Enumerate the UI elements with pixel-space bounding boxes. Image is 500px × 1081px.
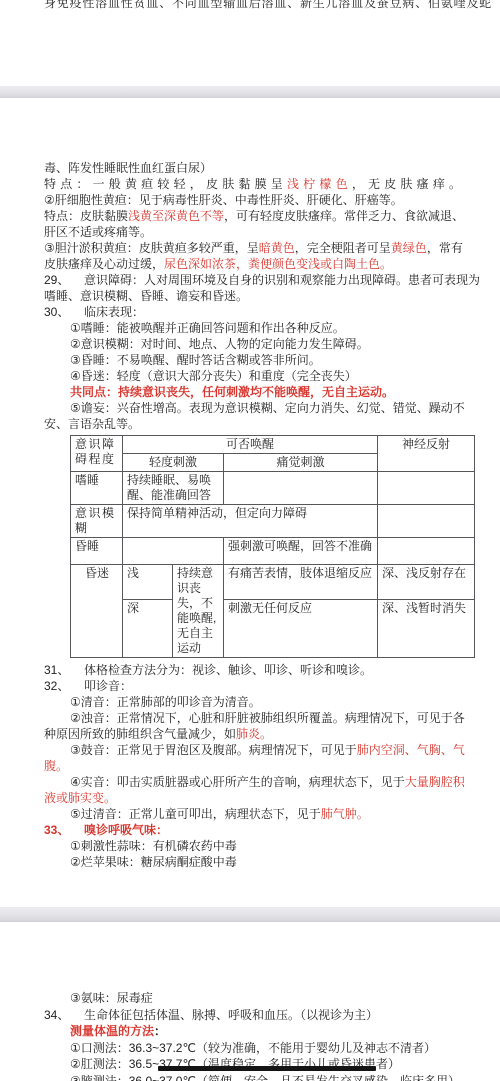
text-line: 种原因所致的肺组织含气量减少，如肺炎。	[44, 726, 490, 742]
text-segment: 意识障碍：人对周围环境及自身的识别和观察能力出现障碍。患者可表现为	[84, 273, 480, 287]
text-line: ④昏迷：轻度（意识大部分丧失）和重度（完全丧失）	[70, 368, 490, 384]
text-line: 腹。	[44, 758, 490, 774]
table-header-cell: 轻度刺激	[123, 454, 224, 472]
table-cell: 深	[123, 600, 173, 658]
text-line: 液或肺实变。	[44, 790, 490, 806]
text-segment: 叩诊音：	[84, 679, 132, 693]
text-line: ③腋测法：36.0~37.0℃（简便、安全，且不易发生交叉感染，临床多用）	[70, 1073, 490, 1081]
consciousness-table: 意识障碍程度 可否唤醒 神经反射 轻度刺激 痛觉刺激 嗜睡 持续睡眠、易唤醒、能…	[70, 435, 475, 658]
text-segment: ①清音：正常肺部的叩诊音为清音。	[70, 695, 261, 709]
text-segment: 嗜睡、意识模糊、昏睡、谵妄和昏迷。	[44, 289, 248, 303]
text-segment: ①口测法：36.3~37.2℃（较为准确，不能用于婴幼儿及神志不清者）	[70, 1041, 436, 1055]
text-segment: 肺气肿。	[321, 807, 369, 821]
text-segment: ③胆汁淤积黄疸：皮肤黄疸多较严重，呈	[44, 241, 259, 255]
text-segment: 浅黄至深黄色不等	[128, 209, 224, 223]
table-cell: 昏睡	[71, 538, 123, 565]
text-segment: ，完全梗阻者可呈	[295, 241, 391, 255]
page-2: 毒、阵发性睡眠性血红蛋白尿） 特点：一般黄疸较轻，皮肤黏膜呈浅柠檬色，无皮肤瘙痒…	[0, 98, 500, 907]
text-line: ②意识模糊：对时间、地点、人物的定向能力发生障碍。	[70, 336, 490, 352]
text-segment: ②意识模糊：对时间、地点、人物的定向能力发生障碍。	[70, 337, 369, 351]
text-line: ⑤谵妄：兴奋性增高。表现为意识模糊、定向力消失、幻觉、错觉、躁动不	[70, 400, 490, 416]
text-line: 身免疫性溶血性贫血、不同血型输血后溶血、新生儿溶血及蚕豆病、伯氨喹及蛇	[44, 0, 492, 11]
list-number: 33、	[44, 822, 84, 838]
text-segment: 测量体温的方法	[70, 1024, 154, 1038]
text-segment: ：	[154, 1024, 166, 1038]
text-segment: 皮肤瘙痒及心动过缓，	[44, 257, 164, 271]
text-segment: ③腋测法：36.0~37.0℃（简便、安全，且不易发生交叉感染，临床多用）	[70, 1074, 460, 1081]
text-line: 特点：一般黄疸较轻，皮肤黏膜呈浅柠檬色，无皮肤瘙痒。	[44, 176, 490, 192]
text-segment: ③鼓音：正常见于胃泡区及腹部。病理情况下，可见于	[70, 743, 357, 757]
text-line: ③胆汁淤积黄疸：皮肤黄疸多较严重，呈暗黄色，完全梗阻者可呈黄绿色，常有	[44, 240, 490, 256]
text-line: 32、叩诊音：	[44, 678, 490, 694]
text-segment: 种原因所致的肺组织含气量减少，如	[44, 727, 236, 741]
text-segment: ③昏睡：不易唤醒、醒时答话含糊或答非所问。	[70, 353, 321, 367]
table-header-cell: 痛觉刺激	[224, 454, 378, 472]
text-segment: 特点：一般黄疸较轻，皮肤黏膜呈	[44, 177, 287, 191]
list-number: 30、	[44, 304, 84, 320]
text-segment: ，无皮肤瘙痒。	[352, 177, 465, 191]
text-segment: 浅柠檬色	[287, 177, 352, 191]
text-segment: ④实音：叩击实质脏器或心肝所产生的音响，病理状态下，见于	[70, 775, 405, 789]
table-cell: 刺激无任何反应	[224, 600, 378, 658]
text-segment: 毒、阵发性睡眠性血红蛋白尿）	[44, 161, 212, 175]
page-3: ③氨味：尿毒症 34、生命体征包括体温、脉搏、呼吸和血压。（以视诊为主） 测量体…	[0, 922, 500, 1081]
list-number: 34、	[44, 1007, 84, 1024]
text-line: ①清音：正常肺部的叩诊音为清音。	[70, 694, 490, 710]
table-cell	[378, 472, 475, 505]
text-line: ②烂苹果味：糖尿病酮症酸中毒	[70, 854, 490, 870]
text-segment: ③氨味：尿毒症	[70, 991, 153, 1005]
text-line: ③氨味：尿毒症	[70, 990, 490, 1007]
text-line: 34、生命体征包括体温、脉搏、呼吸和血压。（以视诊为主）	[44, 1007, 490, 1024]
text-line: 安、言语杂乱等。	[44, 416, 490, 432]
table-cell	[378, 505, 475, 538]
text-line: ②肝细胞性黄疸：见于病毒性肝炎、中毒性肝炎、肝硬化、肝癌等。	[44, 192, 490, 208]
table-cell: 昏迷	[71, 565, 123, 658]
text-line: ④实音：叩击实质脏器或心肝所产生的音响，病理状态下，见于大量胸腔积	[70, 774, 490, 790]
text-segment: 安、言语杂乱等。	[44, 417, 140, 431]
text-line: ②浊音：正常情况下，心脏和肝脏被肺组织所覆盖。病理情况下，可见于各	[70, 710, 490, 726]
text-segment: 腹。	[44, 759, 68, 773]
text-line: ③昏睡：不易唤醒、醒时答话含糊或答非所问。	[70, 352, 490, 368]
text-line: ①口测法：36.3~37.2℃（较为准确，不能用于婴幼儿及神志不清者）	[70, 1040, 490, 1057]
text-line: 皮肤瘙痒及心动过缓，尿色深如浓茶，粪便颜色变浅或白陶土色。	[44, 256, 490, 272]
text-segment: ②浊音：正常情况下，心脏和肝脏被肺组织所覆盖。病理情况下，可见于各	[70, 711, 465, 725]
text-segment: ④昏迷：轻度（意识大部分丧失）和重度（完全丧失）	[70, 369, 357, 383]
table-header-cell: 神经反射	[378, 436, 475, 472]
text-segment: 嗅诊呼吸气味：	[84, 823, 168, 837]
table-cell: 深、浅反射存在	[378, 565, 475, 600]
text-line: 嗜睡、意识模糊、昏睡、谵妄和昏迷。	[44, 288, 490, 304]
text-line: 测量体温的方法：	[70, 1023, 490, 1040]
text-segment: 暗黄色	[259, 241, 295, 255]
text-line: 33、嗅诊呼吸气味：	[44, 822, 490, 838]
text-segment: 肺内空洞、气胸、气	[357, 743, 465, 757]
text-line: 31、体格检查方法分为：视诊、触诊、叩诊、听诊和嗅诊。	[44, 662, 490, 678]
table-header-cell: 可否唤醒	[123, 436, 378, 454]
text-line: ①刺激性蒜味：有机磷农药中毒	[70, 838, 490, 854]
text-segment: ，常有	[427, 241, 463, 255]
text-segment: ①嗜睡：能被唤醒并正确回答问题和作出各种反应。	[70, 321, 345, 335]
table-cell: 深、浅暂时消失	[378, 600, 475, 658]
marker-stroke	[158, 1066, 376, 1071]
table-cell	[224, 472, 378, 505]
page-1: 身免疫性溶血性贫血、不同血型输血后溶血、新生儿溶血及蚕豆病、伯氨喹及蛇	[0, 0, 500, 86]
text-line: ①嗜睡：能被唤醒并正确回答问题和作出各种反应。	[70, 320, 490, 336]
text-segment: ⑤谵妄：兴奋性增高。表现为意识模糊、定向力消失、幻觉、错觉、躁动不	[70, 401, 465, 415]
text-segment: ，可有轻度皮肤瘙痒。常伴乏力、食欲减退、	[224, 209, 464, 223]
text-segment: 身免疫性溶血性贫血、不同血型输血后溶血、新生儿溶血及蚕豆病、伯氨喹及蛇	[44, 0, 492, 10]
table-cell	[123, 538, 224, 565]
table-cell: 持续睡眠、易唤醒、能准确回答	[123, 472, 224, 505]
list-number: 31、	[44, 662, 84, 678]
table-cell: 浅	[123, 565, 173, 600]
table-cell	[378, 538, 475, 565]
text-segment: 大量胸腔积	[405, 775, 465, 789]
text-line: ⑤过清音：正常儿童可叩出，病理状态下，见于肺气肿。	[70, 806, 490, 822]
text-segment: ①刺激性蒜味：有机磷农药中毒	[70, 839, 237, 853]
table-cell: 有痛苦表情，肢体退缩反应	[224, 565, 378, 600]
text-segment: 共同点：持续意识丧失，任何刺激均不能唤醒，无自主运动。	[70, 385, 394, 399]
text-segment: 肺炎。	[236, 727, 272, 741]
table-header-cell: 意识障碍程度	[71, 436, 123, 472]
list-number: 29、	[44, 272, 84, 288]
text-line: 30、临床表现：	[44, 304, 490, 320]
table-cell: 持续意识丧失，不能唤醒,无自主运动	[173, 565, 224, 658]
text-segment: 液或肺实变。	[44, 791, 116, 805]
text-segment: 肝区不适或疼痛等。	[44, 225, 152, 239]
page-gap	[0, 907, 500, 922]
list-number: 32、	[44, 678, 84, 694]
text-line: ③鼓音：正常见于胃泡区及腹部。病理情况下，可见于肺内空洞、气胸、气	[70, 742, 490, 758]
text-segment: 体格检查方法分为：视诊、触诊、叩诊、听诊和嗅诊。	[84, 663, 372, 677]
text-segment: ②烂苹果味：糖尿病酮症酸中毒	[70, 855, 237, 869]
document-viewer: 身免疫性溶血性贫血、不同血型输血后溶血、新生儿溶血及蚕豆病、伯氨喹及蛇 毒、阵发…	[0, 0, 500, 1081]
text-segment: 黄绿色	[391, 241, 427, 255]
table-cell: 嗜睡	[71, 472, 123, 505]
text-segment: ⑤过清音：正常儿童可叩出，病理状态下，见于	[70, 807, 321, 821]
text-segment: 特点：皮肤黏膜	[44, 209, 128, 223]
text-segment: 生命体征包括体温、脉搏、呼吸和血压。（以视诊为主）	[84, 1008, 378, 1022]
text-line: 共同点：持续意识丧失，任何刺激均不能唤醒，无自主运动。	[70, 384, 490, 400]
table-cell: 强刺激可唤醒，回答不准确	[224, 538, 378, 565]
text-segment: ②肝细胞性黄疸：见于病毒性肝炎、中毒性肝炎、肝硬化、肝癌等。	[44, 193, 403, 207]
text-line: 特点：皮肤黏膜浅黄至深黄色不等，可有轻度皮肤瘙痒。常伴乏力、食欲减退、	[44, 208, 490, 224]
text-segment: 临床表现：	[84, 305, 144, 319]
text-line: 毒、阵发性睡眠性血红蛋白尿）	[44, 160, 490, 176]
text-line: 29、意识障碍：人对周围环境及自身的识别和观察能力出现障碍。患者可表现为	[44, 272, 490, 288]
text-segment: 尿色深如浓茶，粪便颜色变浅或白陶土色。	[164, 257, 392, 271]
text-line: 肝区不适或疼痛等。	[44, 224, 490, 240]
page-gap	[0, 86, 500, 98]
table-cell: 意识模糊	[71, 505, 123, 538]
table-cell: 保持简单精神活动，但定向力障碍	[123, 505, 378, 538]
